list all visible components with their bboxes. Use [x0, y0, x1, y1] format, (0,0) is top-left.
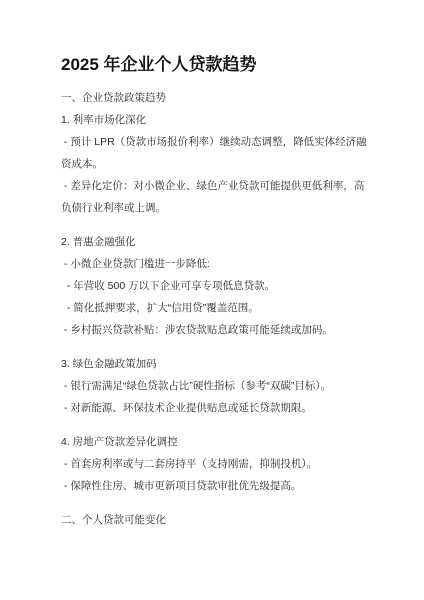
sub-bullet-line: - 年营收 500 万以下企业可享专项低息贷款。 [61, 275, 369, 297]
document-page: 2025 年企业个人贷款趋势 一、企业贷款政策趋势 1. 利率市场化深化 - 预… [0, 0, 424, 600]
bullet-line: - 预计 LPR（贷款市场报价利率）继续动态调整，降低实体经济融资成本。 [61, 131, 369, 175]
section-heading: 二、个人贷款可能变化 [61, 509, 369, 531]
bullet-line: - 对新能源、环保技术企业提供贴息或延长贷款期限。 [61, 397, 369, 419]
bullet-line: - 乡村振兴贷款补贴：涉农贷款贴息政策可能延续或加码。 [61, 319, 369, 341]
numbered-item: 2. 普惠金融强化 [61, 231, 369, 253]
numbered-item: 3. 绿色金融政策加码 [61, 353, 369, 375]
document-title: 2025 年企业个人贷款趋势 [61, 53, 369, 77]
numbered-item: 1. 利率市场化深化 [61, 109, 369, 131]
bullet-line: - 保障性住房、城市更新项目贷款审批优先级提高。 [61, 475, 369, 497]
bullet-line: - 首套房利率或与二套房持平（支持刚需，抑制投机）。 [61, 453, 369, 475]
bullet-line: - 银行需满足“绿色贷款占比”硬性指标（参考“双碳”目标）。 [61, 375, 369, 397]
bullet-line: - 差异化定价：对小微企业、绿色产业贷款可能提供更低利率，高负债行业利率或上调。 [61, 175, 369, 219]
sub-bullet-line: - 简化抵押要求，扩大“信用贷”覆盖范围。 [61, 297, 369, 319]
numbered-item: 4. 房地产贷款差异化调控 [61, 431, 369, 453]
bullet-line: - 小微企业贷款门槛进一步降低: [61, 253, 369, 275]
section-heading: 一、企业贷款政策趋势 [61, 87, 369, 109]
